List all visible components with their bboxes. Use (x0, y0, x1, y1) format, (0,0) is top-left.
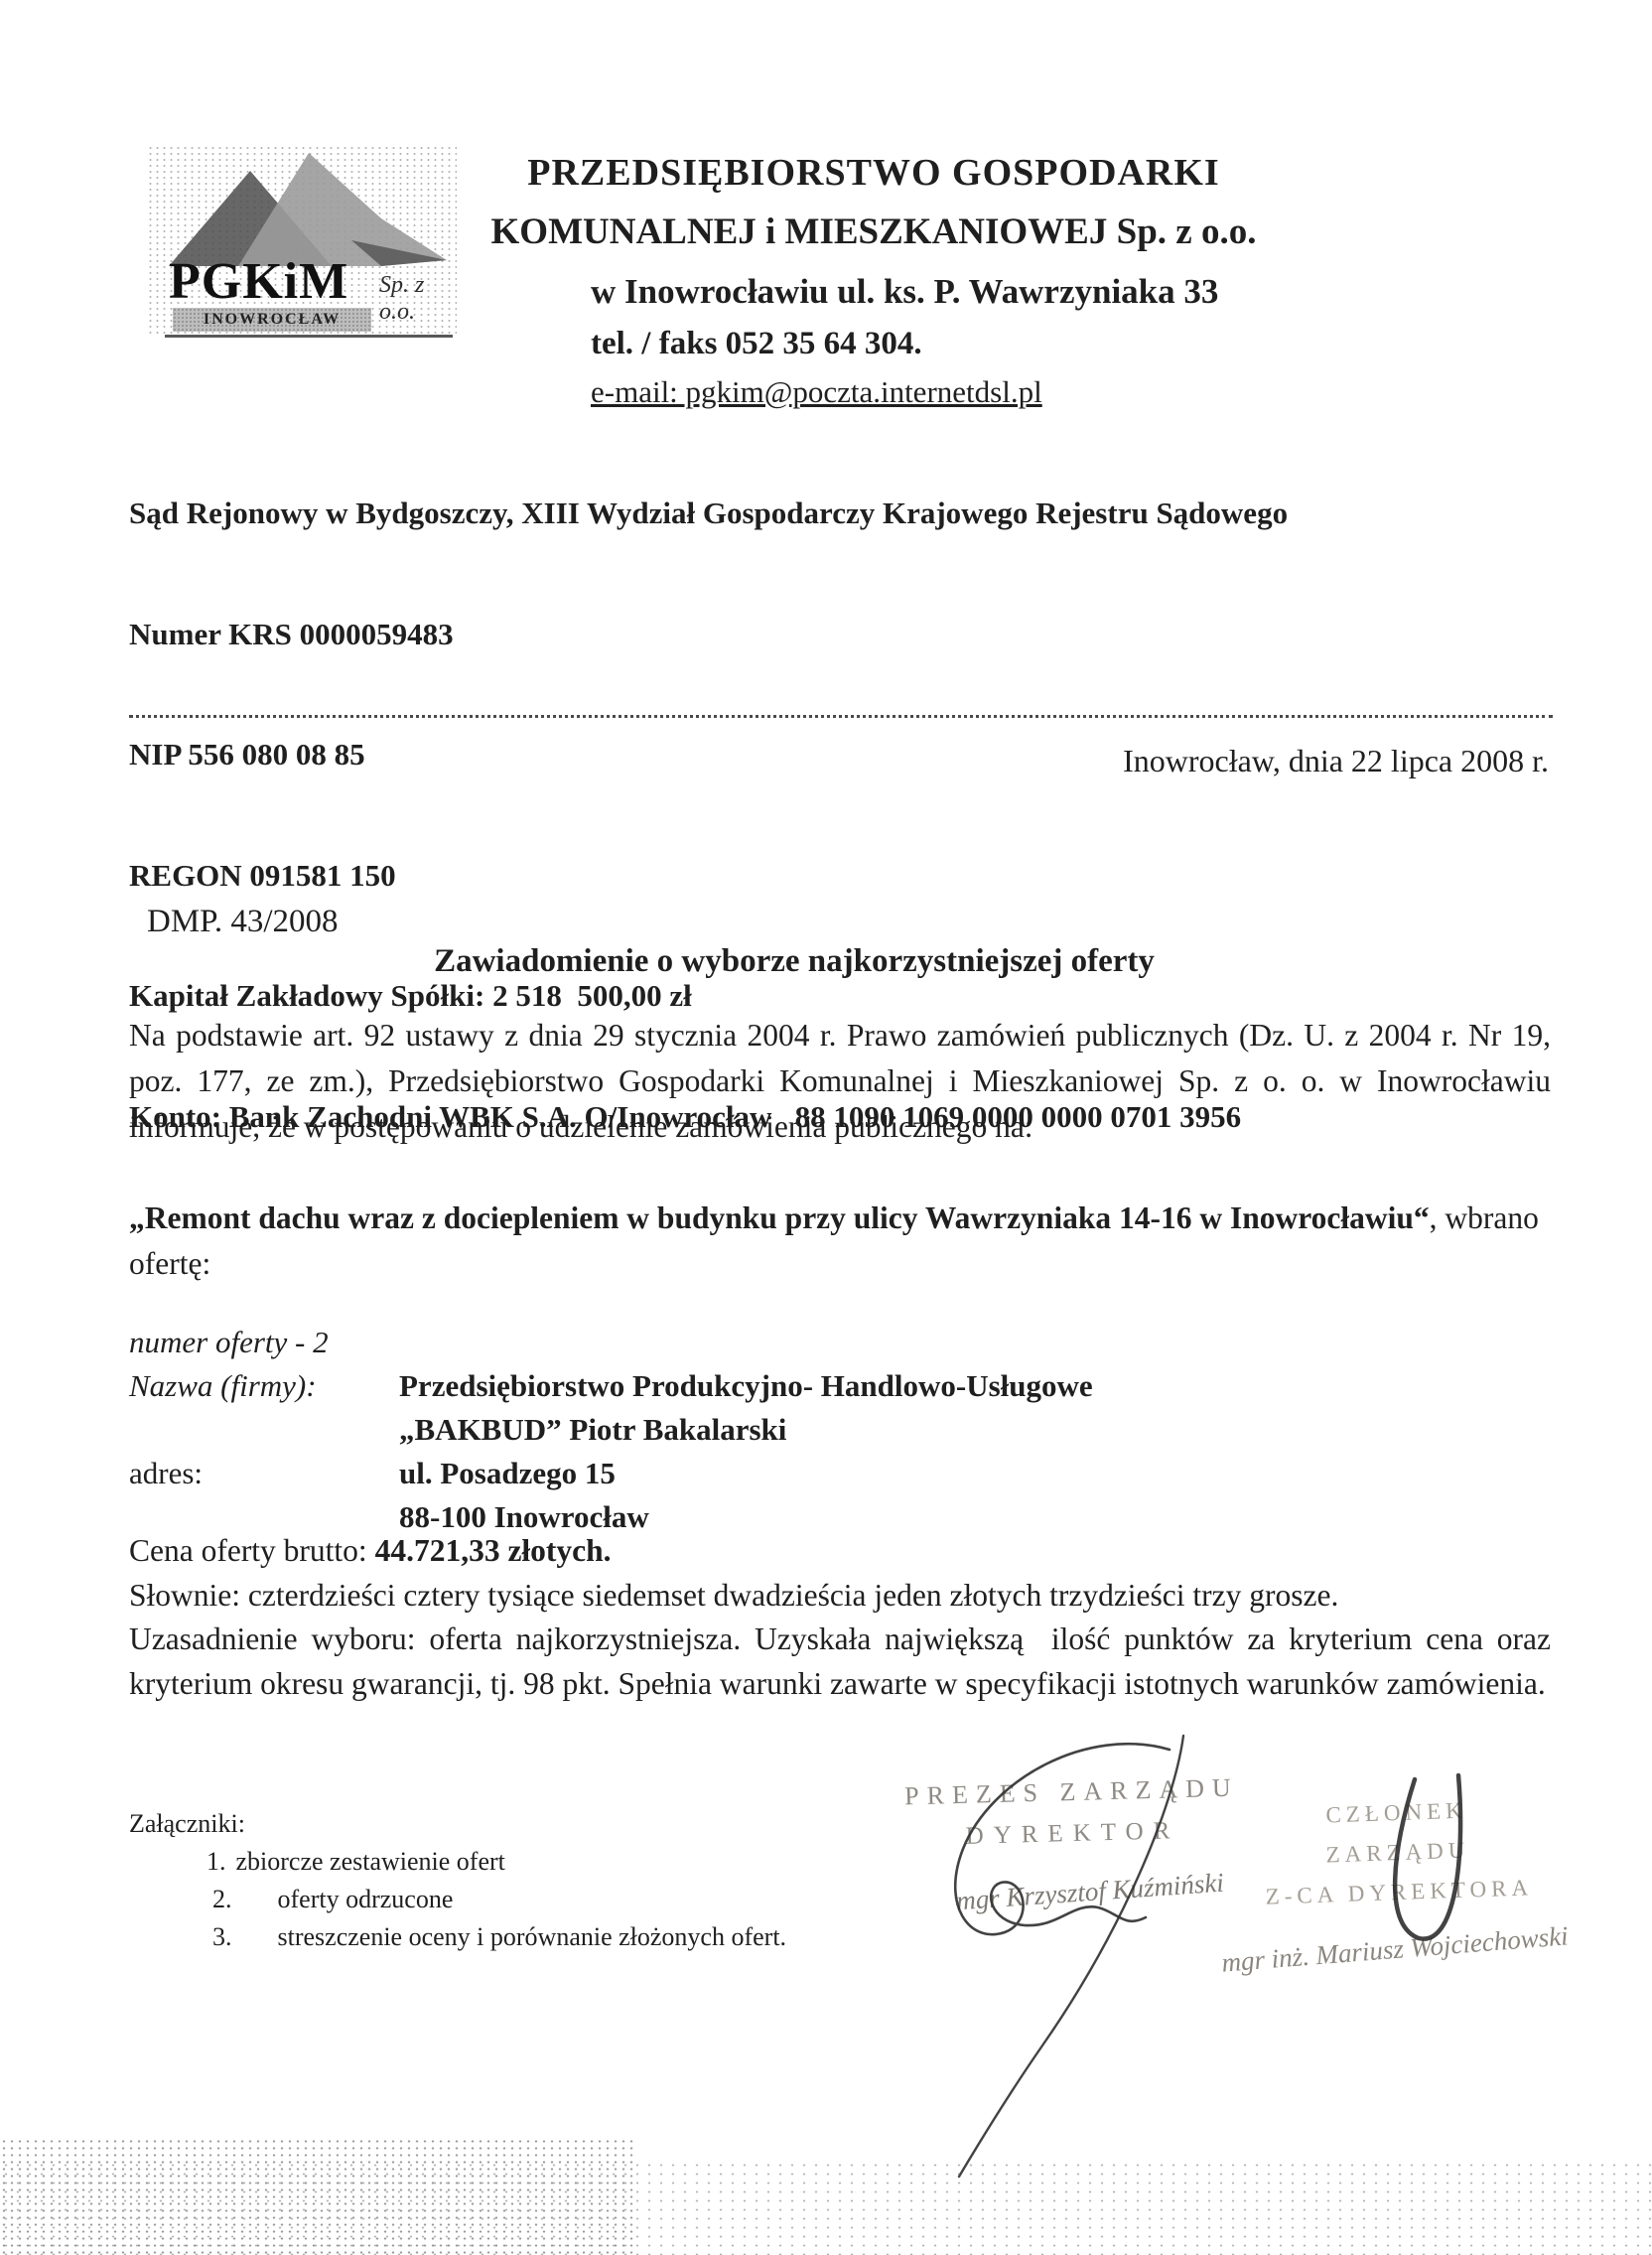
address-row: adres: ul. Posadzego 15 (129, 1452, 1551, 1495)
offer-number: numer oferty - 2 (129, 1321, 329, 1364)
price-label: Cena oferty brutto: (129, 1533, 375, 1568)
attachments-block: Załączniki: 1. zbiorcze zestawienie ofer… (129, 1805, 786, 1956)
company-label: Nazwa (firmy): (129, 1364, 399, 1408)
attachment-item: 1. zbiorcze zestawienie ofert (206, 1843, 786, 1881)
logo-acronym: PGKiM (169, 252, 348, 311)
attachment-number: 2. (212, 1881, 232, 1918)
dotted-separator (129, 715, 1553, 718)
winner-company-line1: Przedsiębiorstwo Produkcyjno- Handlowo-U… (399, 1364, 1093, 1408)
document-title: Zawiadomienie o wyborze najkorzystniejsz… (129, 943, 1459, 980)
price-line: Cena oferty brutto: 44.721,33 złotych. (129, 1529, 1551, 1574)
address-label: adres: (129, 1452, 399, 1495)
attachment-text: streszczenie oceny i porównanie złożonyc… (278, 1918, 787, 1956)
subject-bold-text: „Remont dachu wraz z dociepleniem w budy… (129, 1200, 1430, 1235)
attachment-number: 3. (212, 1918, 232, 1956)
logo-suffix: Sp. z o.o. (379, 272, 457, 326)
company-name-row2: „BAKBUD” Piotr Bakalarski (129, 1408, 1551, 1452)
registry-court-line: Sąd Rejonowy w Bydgoszczy, XIII Wydział … (129, 493, 1559, 534)
date-line: Inowrocław, dnia 22 lipca 2008 r. (1123, 743, 1549, 779)
company-address-line: w Inowrocławiu ul. ks. P. Wawrzyniaka 33 (591, 272, 1218, 312)
offer-details-block: numer oferty - 2 Nazwa (firmy): Przedsię… (129, 1321, 1551, 1539)
intro-paragraph: Na podstawie art. 92 ustawy z dnia 29 st… (129, 1013, 1551, 1150)
attachments-label: Załączniki: (129, 1805, 786, 1843)
logo-city-band: INOWROCŁAW (173, 308, 371, 332)
attachment-item: 3. streszczenie oceny i porównanie złożo… (212, 1918, 786, 1956)
subject-paragraph: „Remont dachu wraz z dociepleniem w budy… (129, 1196, 1551, 1287)
attachment-item: 2. oferty odrzucone (212, 1881, 786, 1918)
company-logo: PGKiM INOWROCŁAW Sp. z o.o. (147, 145, 457, 338)
reference-number: DMP. 43/2008 (147, 904, 339, 940)
winner-address-line1: ul. Posadzego 15 (399, 1452, 616, 1495)
attachment-number: 1. (206, 1843, 226, 1881)
logo-underline (165, 335, 453, 338)
attachment-text: oferty odrzucone (278, 1881, 454, 1918)
company-name-row: Nazwa (firmy): Przedsiębiorstwo Produkcy… (129, 1364, 1551, 1408)
price-block: Cena oferty brutto: 44.721,33 złotych. S… (129, 1529, 1551, 1706)
attachment-text: zbiorcze zestawienie ofert (236, 1843, 505, 1881)
company-email-line: e-mail: pgkim@poczta.internetdsl.pl (591, 374, 1042, 410)
registry-regon-line: REGON 091581 150 (129, 856, 1559, 897)
registry-capital-line: Kapitał Zakładowy Spółki: 2 518 500,00 z… (129, 976, 1559, 1017)
scan-noise-band-left (0, 2138, 635, 2255)
offer-number-row: numer oferty - 2 (129, 1321, 1551, 1364)
scanned-letter-page: PGKiM INOWROCŁAW Sp. z o.o. PRZEDSIĘBIOR… (0, 0, 1652, 2255)
handwritten-signature-icon (874, 1718, 1509, 2194)
justification-paragraph: Uzasadnienie wyboru: oferta najkorzystni… (129, 1618, 1551, 1706)
company-name-line1: PRZEDSIĘBIORSTWO GOSPODARKI (417, 151, 1330, 195)
price-in-words: Słownie: czterdzieści cztery tysiące sie… (129, 1574, 1551, 1619)
registry-krs-line: Numer KRS 0000059483 (129, 615, 1559, 655)
price-value: 44.721,33 złotych. (375, 1533, 612, 1568)
company-name-line2: KOMUNALNEJ i MIESZKANIOWEJ Sp. z o.o. (417, 211, 1330, 253)
winner-company-line2: „BAKBUD” Piotr Bakalarski (399, 1408, 786, 1452)
company-phone-line: tel. / faks 052 35 64 304. (591, 326, 922, 362)
